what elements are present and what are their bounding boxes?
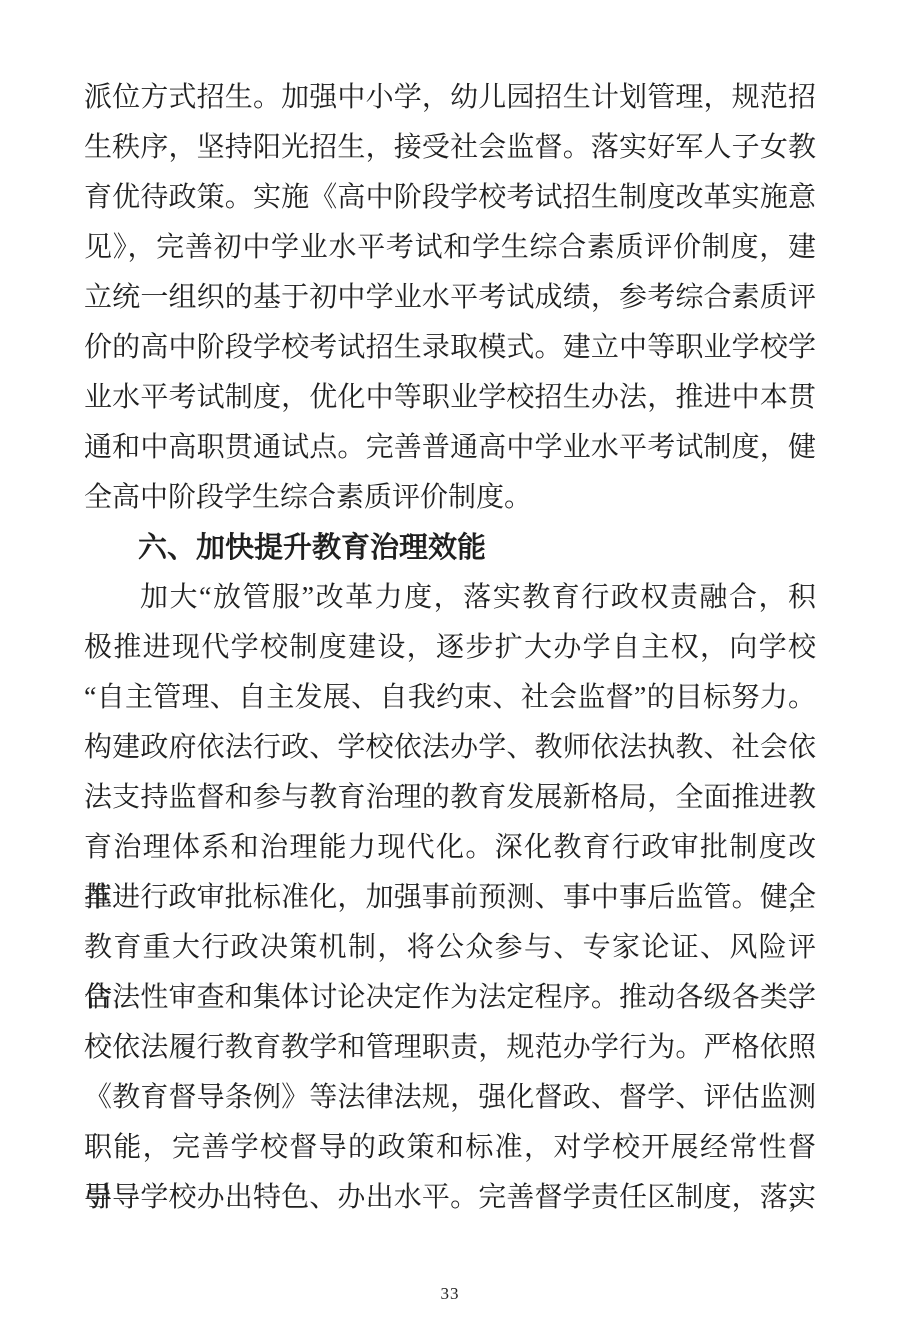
- page-number: 33: [0, 1284, 900, 1304]
- body-text-line: 业水平考试制度，优化中等职业学校招生办法，推进中本贯: [84, 373, 816, 423]
- body-text-line: 育优待政策。实施《高中阶段学校考试招生制度改革实施意: [84, 173, 816, 223]
- paragraph-1: 派位方式招生。加强中小学，幼儿园招生计划管理，规范招 生秩序，坚持阳光招生，接受…: [84, 73, 816, 523]
- body-text-line: “自主管理、自主发展、自我约束、社会监督”的目标努力。: [84, 673, 816, 723]
- body-text-line: 加大“放管服”改革力度，落实教育行政权责融合，积: [84, 573, 816, 623]
- body-text-line: 生秩序，坚持阳光招生，接受社会监督。落实好军人子女教: [84, 123, 816, 173]
- body-text-line: 通和中高职贯通试点。完善普通高中学业水平考试制度，健: [84, 423, 816, 473]
- body-text-line: 校依法履行教育教学和管理职责，规范办学行为。严格依照: [84, 1023, 816, 1073]
- body-text-line: 全高中阶段学生综合素质评价制度。: [84, 473, 816, 523]
- body-text-line: 育治理体系和治理能力现代化。深化教育行政审批制度改革，: [84, 823, 816, 873]
- body-text-line: 教育重大行政决策机制，将公众参与、专家论证、风险评估、: [84, 923, 816, 973]
- body-text-line: 《教育督导条例》等法律法规，强化督政、督学、评估监测: [84, 1073, 816, 1123]
- body-text-line: 见》，完善初中学业水平考试和学生综合素质评价制度，建: [84, 223, 816, 273]
- document-page: 派位方式招生。加强中小学，幼儿园招生计划管理，规范招 生秩序，坚持阳光招生，接受…: [0, 0, 900, 1324]
- section-heading: 六、加快提升教育治理效能: [84, 523, 816, 573]
- body-text-line: 极推进现代学校制度建设，逐步扩大办学自主权，向学校: [84, 623, 816, 673]
- body-text-line: 推进行政审批标准化，加强事前预测、事中事后监管。健全: [84, 873, 816, 923]
- body-text-line: 引导学校办出特色、办出水平。完善督学责任区制度，落实: [84, 1173, 816, 1223]
- body-text-line: 法支持监督和参与教育治理的教育发展新格局，全面推进教: [84, 773, 816, 823]
- paragraph-2: 加大“放管服”改革力度，落实教育行政权责融合，积 极推进现代学校制度建设，逐步扩…: [84, 573, 816, 1223]
- body-text-line: 构建政府依法行政、学校依法办学、教师依法执教、社会依: [84, 723, 816, 773]
- body-text-line: 立统一组织的基于初中学业水平考试成绩，参考综合素质评: [84, 273, 816, 323]
- body-text-line: 合法性审查和集体讨论决定作为法定程序。推动各级各类学: [84, 973, 816, 1023]
- body-text-line: 派位方式招生。加强中小学，幼儿园招生计划管理，规范招: [84, 73, 816, 123]
- body-text-line: 价的高中阶段学校考试招生录取模式。建立中等职业学校学: [84, 323, 816, 373]
- document-text-block: 派位方式招生。加强中小学，幼儿园招生计划管理，规范招 生秩序，坚持阳光招生，接受…: [84, 73, 816, 1223]
- body-text-line: 职能，完善学校督导的政策和标准，对学校开展经常性督导，: [84, 1123, 816, 1173]
